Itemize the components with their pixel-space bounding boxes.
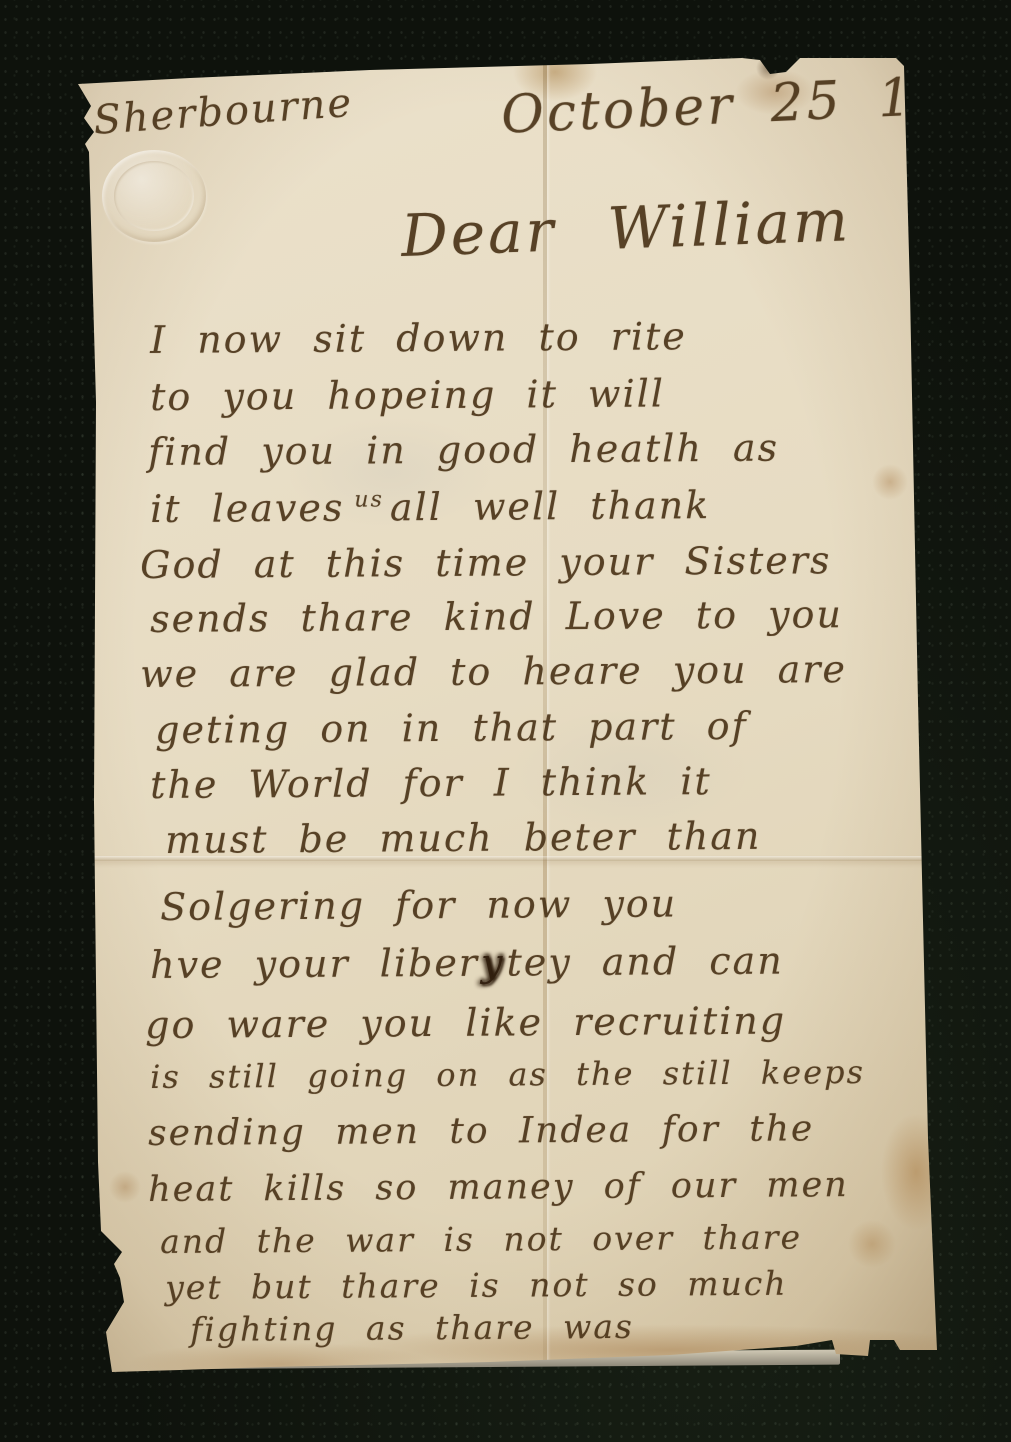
body-line: hve your liberytey and can (150, 939, 784, 987)
body-line: the World for I think it (150, 759, 712, 807)
body-line-text: to you hopeing it will (150, 371, 665, 419)
body-line: yet but thare is not so much (165, 1264, 788, 1307)
body-line-text: geting on in that part of (155, 704, 748, 752)
body-line-text: must be much beter than (165, 814, 762, 862)
letter-date: October 25 1858 (500, 63, 1011, 146)
body-line: God at this time your Sisters (140, 538, 832, 587)
body-line-text: the World for I think it (150, 759, 712, 807)
body-line: heat kills so maney of our men (148, 1165, 849, 1210)
inserted-word: us (354, 487, 384, 512)
body-line: I now sit down to rite (150, 314, 687, 362)
body-line: we are glad to heare you are (140, 647, 847, 696)
body-line-text: yet but thare is not so much (165, 1264, 788, 1307)
body-line: is still going on as the still keeps (150, 1053, 865, 1096)
body-line-text: is still going on as the still keeps (150, 1053, 865, 1096)
embossed-seal-icon (102, 150, 206, 242)
body-line-text: tey and can (506, 939, 784, 985)
body-line-text: heat kills so maney of our men (148, 1165, 849, 1210)
body-line: fighting as thare was (190, 1307, 634, 1349)
body-line-text: sends thare kind Love to you (150, 592, 843, 641)
body-line: must be much beter than (165, 814, 762, 862)
body-line-text: I now sit down to rite (150, 314, 687, 362)
body-line-text: Solgering for now you (160, 881, 677, 929)
body-line-text: it leaves (150, 486, 345, 531)
body-line: geting on in that part of (155, 704, 748, 752)
body-line-text: go ware you like recruiting (145, 999, 786, 1047)
ink-blot: y (481, 941, 505, 985)
body-line-text: God at this time your Sisters (140, 538, 832, 587)
photo-background: Sherbourne October 25 1858 Dear William … (0, 0, 1011, 1442)
body-line-text: fighting as thare was (190, 1307, 634, 1349)
body-line: to you hopeing it will (150, 371, 665, 419)
body-line-text: sending men to Indea for the (148, 1108, 814, 1154)
body-line: and the war is not over thare (160, 1218, 802, 1261)
body-line: sends thare kind Love to you (150, 592, 843, 641)
body-line-text: all well thank (390, 483, 711, 529)
body-line: find you in good heatlh as (148, 426, 779, 474)
place-name: Sherbourne (92, 80, 355, 144)
body-line: sending men to Indea for the (148, 1108, 814, 1154)
body-line-text: we are glad to heare you are (140, 647, 847, 696)
letter-paper: Sherbourne October 25 1858 Dear William … (70, 52, 940, 1374)
body-line: it leavesusall well thank (150, 483, 710, 531)
body-line: go ware you like recruiting (145, 999, 786, 1047)
body-line-text: and the war is not over thare (160, 1218, 802, 1261)
salutation: Dear William (400, 186, 852, 270)
body-line-text: hve your liber (150, 941, 479, 987)
body-line-text: find you in good heatlh as (148, 426, 779, 474)
body-line: Solgering for now you (160, 881, 677, 929)
